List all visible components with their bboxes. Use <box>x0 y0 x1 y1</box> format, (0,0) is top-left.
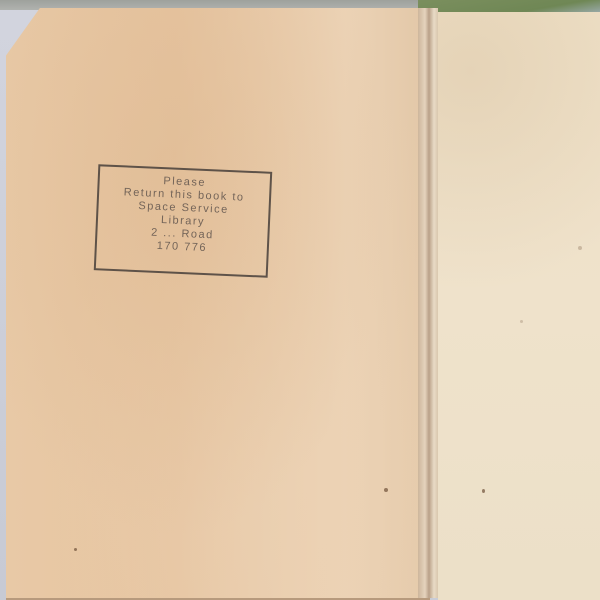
foxing-spot <box>74 548 77 551</box>
foxing-spot <box>482 489 485 493</box>
book-hinge <box>418 8 438 598</box>
foxing-spot <box>384 488 388 492</box>
library-stamp: Please Return this book to Space Service… <box>94 164 272 277</box>
foxing-spot <box>520 320 523 323</box>
inside-cover-left-page <box>6 8 430 600</box>
endpaper-right-page <box>438 12 600 600</box>
foxing-spot <box>578 246 582 250</box>
